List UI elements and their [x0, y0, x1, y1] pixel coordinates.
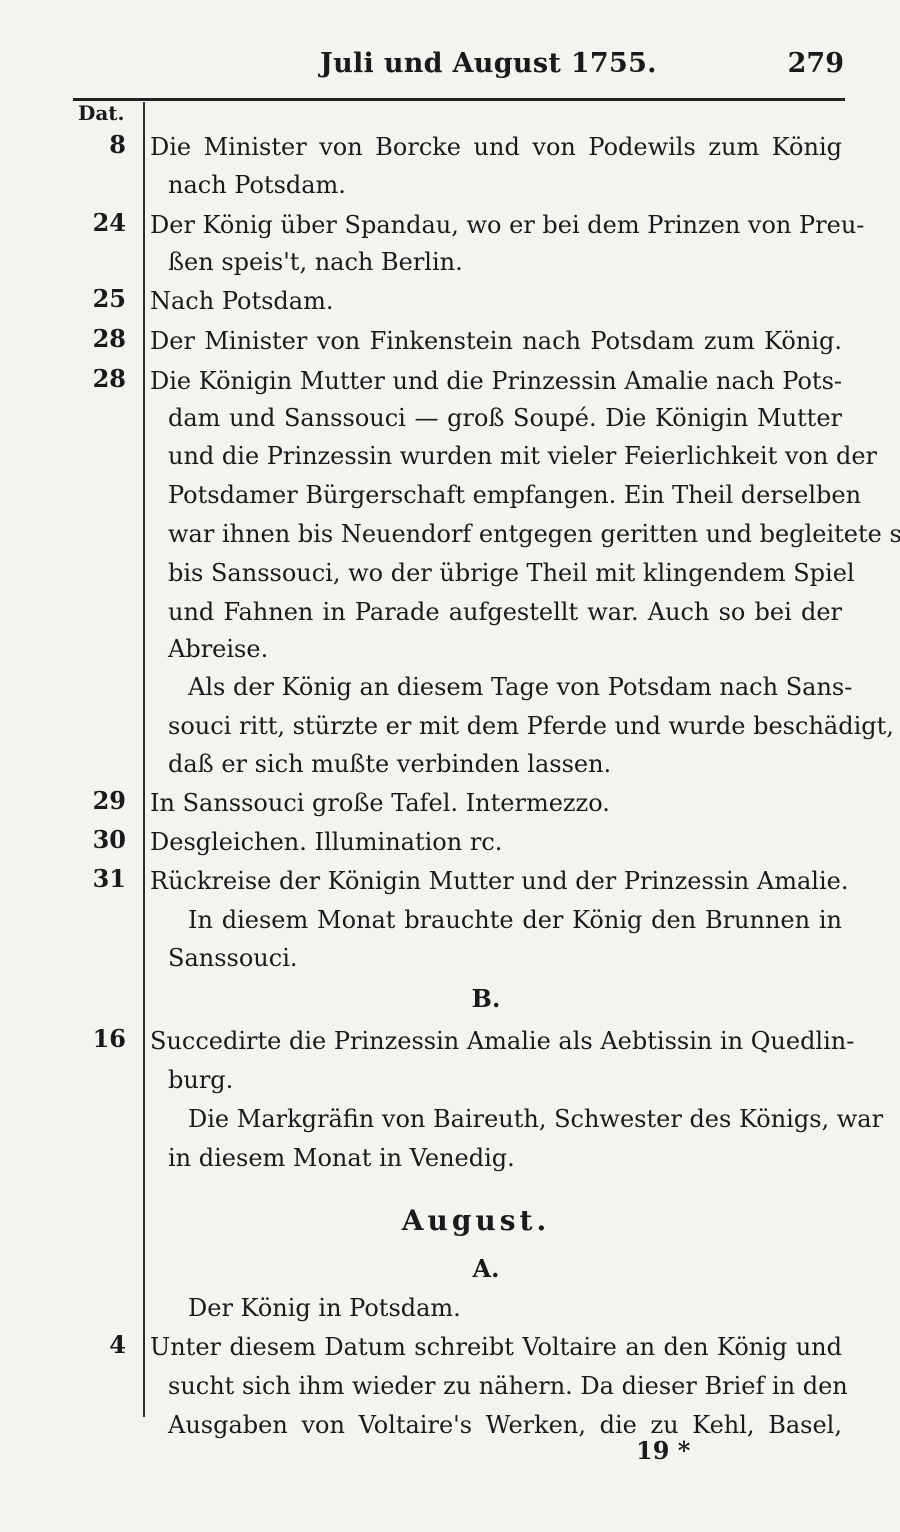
entry-line: Succedirte die Prinzessin Amalie als Aeb…: [150, 1026, 842, 1056]
entry-line: war ihnen bis Neuendorf entgegen geritte…: [168, 519, 842, 549]
entry-line: nach Potsdam.: [168, 170, 842, 200]
entry-date: 8: [80, 130, 126, 160]
entry-date: 29: [80, 786, 126, 816]
entry-line: sucht sich ihm wieder zu nähern. Da dies…: [168, 1371, 842, 1401]
entry-line: Die Minister von Borcke und von Podewils…: [150, 132, 842, 162]
entry-line: Die Königin Mutter und die Prinzessin Am…: [150, 366, 842, 396]
entry-date: 30: [80, 825, 126, 855]
entry-date: 16: [80, 1024, 126, 1054]
entry-line: bis Sanssouci, wo der übrige Theil mit k…: [168, 558, 842, 588]
entry-date: 25: [80, 284, 126, 314]
entry-line: ßen speis't, nach Berlin.: [168, 247, 842, 277]
running-title: Juli und August 1755.: [320, 48, 657, 79]
section-heading-a: A.: [140, 1254, 832, 1283]
entry-line: Rückreise der Königin Mutter und der Pri…: [150, 866, 842, 896]
entry-line: Der König über Spandau, wo er bei dem Pr…: [150, 210, 842, 240]
page-number: 279: [788, 48, 844, 79]
entry-line: Die Markgräfin von Baireuth, Schwester d…: [188, 1104, 842, 1134]
entry-line: Desgleichen. Illumination rc.: [150, 827, 842, 857]
entry-line: Abreise.: [168, 634, 842, 664]
entry-date: 31: [80, 864, 126, 894]
entry-line: Sanssouci.: [168, 943, 842, 973]
month-heading: August.: [130, 1204, 822, 1237]
entry-line: In Sanssouci große Tafel. Intermezzo.: [150, 788, 842, 818]
header-rule: [73, 98, 845, 101]
entry-date: 28: [80, 364, 126, 394]
entry-line: souci ritt, stürzte er mit dem Pferde un…: [168, 711, 842, 741]
entry-line: Als der König an diesem Tage von Potsdam…: [188, 672, 842, 702]
page-header: Juli und August 1755. 279: [0, 48, 900, 88]
section-heading-b: B.: [140, 984, 832, 1013]
entry-line: burg.: [168, 1065, 842, 1095]
entry-line: und die Prinzessin wurden mit vieler Fei…: [168, 441, 842, 471]
entry-line: Der König in Potsdam.: [188, 1293, 842, 1323]
entry-line: daß er sich mußte verbinden lassen.: [168, 749, 842, 779]
signature-mark: 19 *: [636, 1436, 690, 1465]
entry-line: dam und Sanssouci — groß Soupé. Die Köni…: [168, 403, 842, 433]
entry-line: In diesem Monat brauchte der König den B…: [188, 905, 842, 935]
entry-line: Der Minister von Finkenstein nach Potsda…: [150, 326, 842, 356]
date-column-label: Dat.: [78, 101, 125, 125]
entry-line: und Fahnen in Parade aufgestellt war. Au…: [168, 597, 842, 627]
entry-date: 28: [80, 324, 126, 354]
entry-line: Unter diesem Datum schreibt Voltaire an …: [150, 1332, 842, 1362]
entry-date: 24: [80, 208, 126, 238]
entry-date: 4: [80, 1330, 126, 1360]
entry-line: Potsdamer Bürgerschaft empfangen. Ein Th…: [168, 480, 842, 510]
entry-line: in diesem Monat in Venedig.: [168, 1143, 842, 1173]
entry-line: Nach Potsdam.: [150, 286, 842, 316]
entry-line: Ausgaben von Voltaire's Werken, die zu K…: [168, 1410, 842, 1440]
